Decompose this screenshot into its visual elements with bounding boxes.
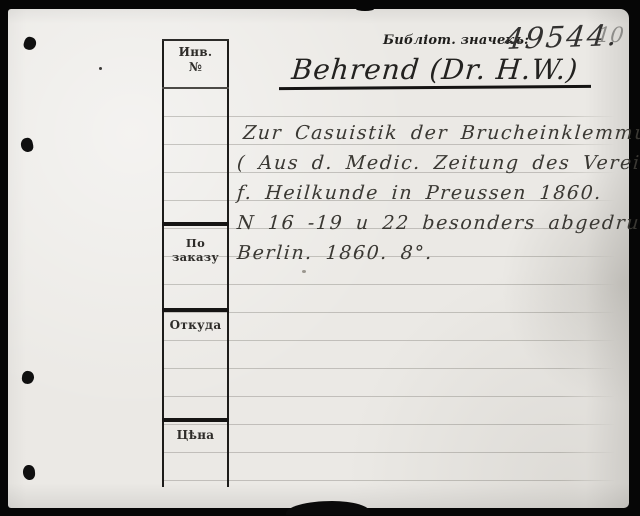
price-label: Цѣна xyxy=(162,428,229,442)
column-top-rule xyxy=(162,39,229,41)
column-thick-rule xyxy=(162,308,229,312)
entry-line: N 16 -19 и 22 besonders abgedruckt) xyxy=(236,208,638,238)
inventory-number-sign: № xyxy=(162,60,229,74)
hole-punch-mark xyxy=(22,464,36,480)
by-order-label: По заказу xyxy=(162,236,229,264)
entry-line: ( Aus d. Medic. Zeitung des Vereines xyxy=(236,148,638,178)
entry-body: Zur Casuistik der Brucheinklemmung ( Aus… xyxy=(236,118,636,268)
column-thick-rule xyxy=(162,222,229,226)
entry-line: Zur Casuistik der Brucheinklemmung xyxy=(236,118,638,148)
origin-label: Откуда xyxy=(162,318,229,332)
inventory-number-label: Инв. xyxy=(162,45,229,59)
paper-speck xyxy=(99,67,102,70)
column-thin-rule xyxy=(162,87,229,89)
entry-line: f. Heilkunde in Preussen 1860. xyxy=(236,178,638,208)
author-heading-handwritten: Behrend (Dr. H.W.) xyxy=(277,53,594,86)
column-thick-rule xyxy=(162,418,229,422)
pencil-page-number: 10 xyxy=(596,23,625,47)
scan-border-top-nub xyxy=(356,7,374,11)
entry-line: Berlin. 1860. 8°. xyxy=(236,238,638,268)
